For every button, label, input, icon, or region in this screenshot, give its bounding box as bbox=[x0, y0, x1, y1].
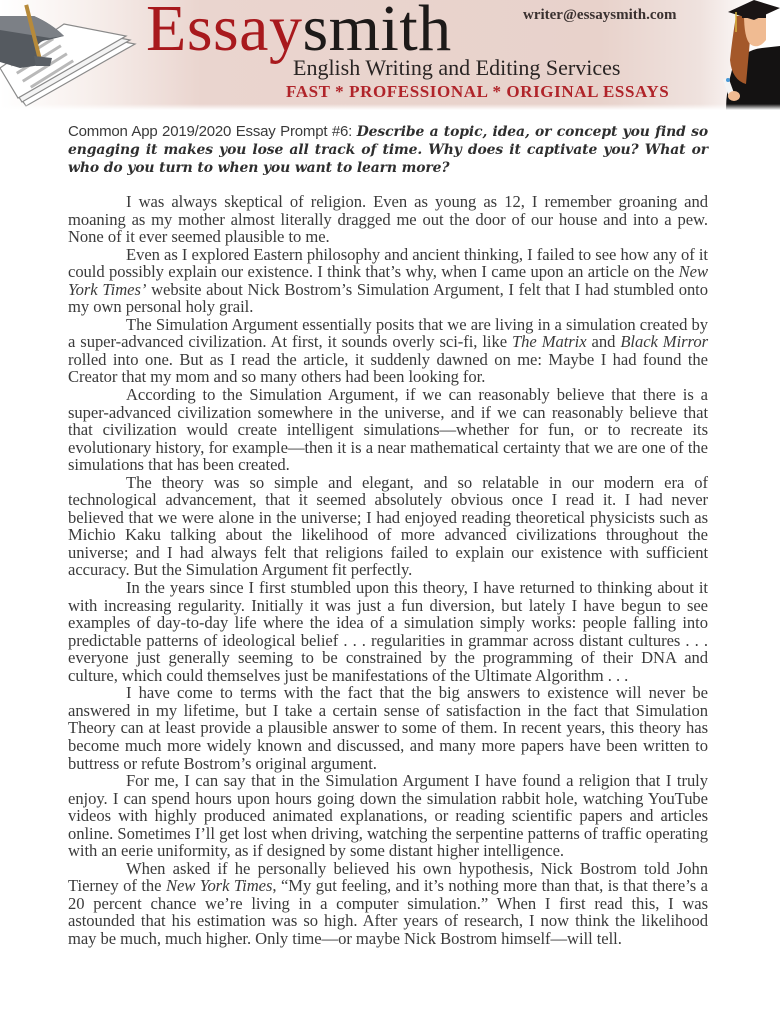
essay-paragraph-9: When asked if he personally believed his… bbox=[68, 860, 708, 948]
text-run: website about Nick Bostrom’s Simulation … bbox=[68, 280, 708, 317]
brand-logo-part-essay: Essay bbox=[146, 0, 302, 65]
text-run: Even as I explored Eastern philosophy an… bbox=[68, 245, 708, 282]
essay-paragraph-8: For me, I can say that in the Simulation… bbox=[68, 772, 708, 860]
essay-paragraph-2: Even as I explored Eastern philosophy an… bbox=[68, 246, 708, 316]
essay-paragraph-6: In the years since I first stumbled upon… bbox=[68, 579, 708, 684]
italic-title: The Matrix bbox=[512, 332, 587, 351]
essay-body: I was always skeptical of religion. Even… bbox=[68, 193, 708, 948]
essay-paragraph-4: According to the Simulation Argument, if… bbox=[68, 386, 708, 474]
contact-email: writer@essaysmith.com bbox=[523, 7, 677, 24]
essay-document: Common App 2019/2020 Essay Prompt #6: De… bbox=[68, 123, 708, 948]
prompt-lead: Common App 2019/2020 Essay Prompt #6: bbox=[68, 123, 357, 140]
graduate-woman-icon bbox=[722, 0, 780, 110]
text-run: rolled into one. But as I read the artic… bbox=[68, 350, 708, 387]
essay-paragraph-1: I was always skeptical of religion. Even… bbox=[68, 193, 708, 246]
italic-title: New York Times bbox=[166, 876, 272, 895]
italic-title: Black Mirror bbox=[620, 332, 708, 351]
anvil-on-papers-icon bbox=[0, 2, 140, 108]
header-banner: Essaysmith writer@essaysmith.com English… bbox=[0, 0, 780, 110]
essay-prompt: Common App 2019/2020 Essay Prompt #6: De… bbox=[68, 123, 708, 177]
essay-paragraph-7: I have come to terms with the fact that … bbox=[68, 684, 708, 772]
essay-paragraph-5: The theory was so simple and elegant, an… bbox=[68, 474, 708, 579]
essay-paragraph-3: The Simulation Argument essentially posi… bbox=[68, 316, 708, 386]
text-run: and bbox=[587, 332, 621, 351]
brand-tagline: English Writing and Editing Services bbox=[293, 56, 620, 80]
brand-slogan: FAST * PROFESSIONAL * ORIGINAL ESSAYS bbox=[286, 82, 669, 102]
